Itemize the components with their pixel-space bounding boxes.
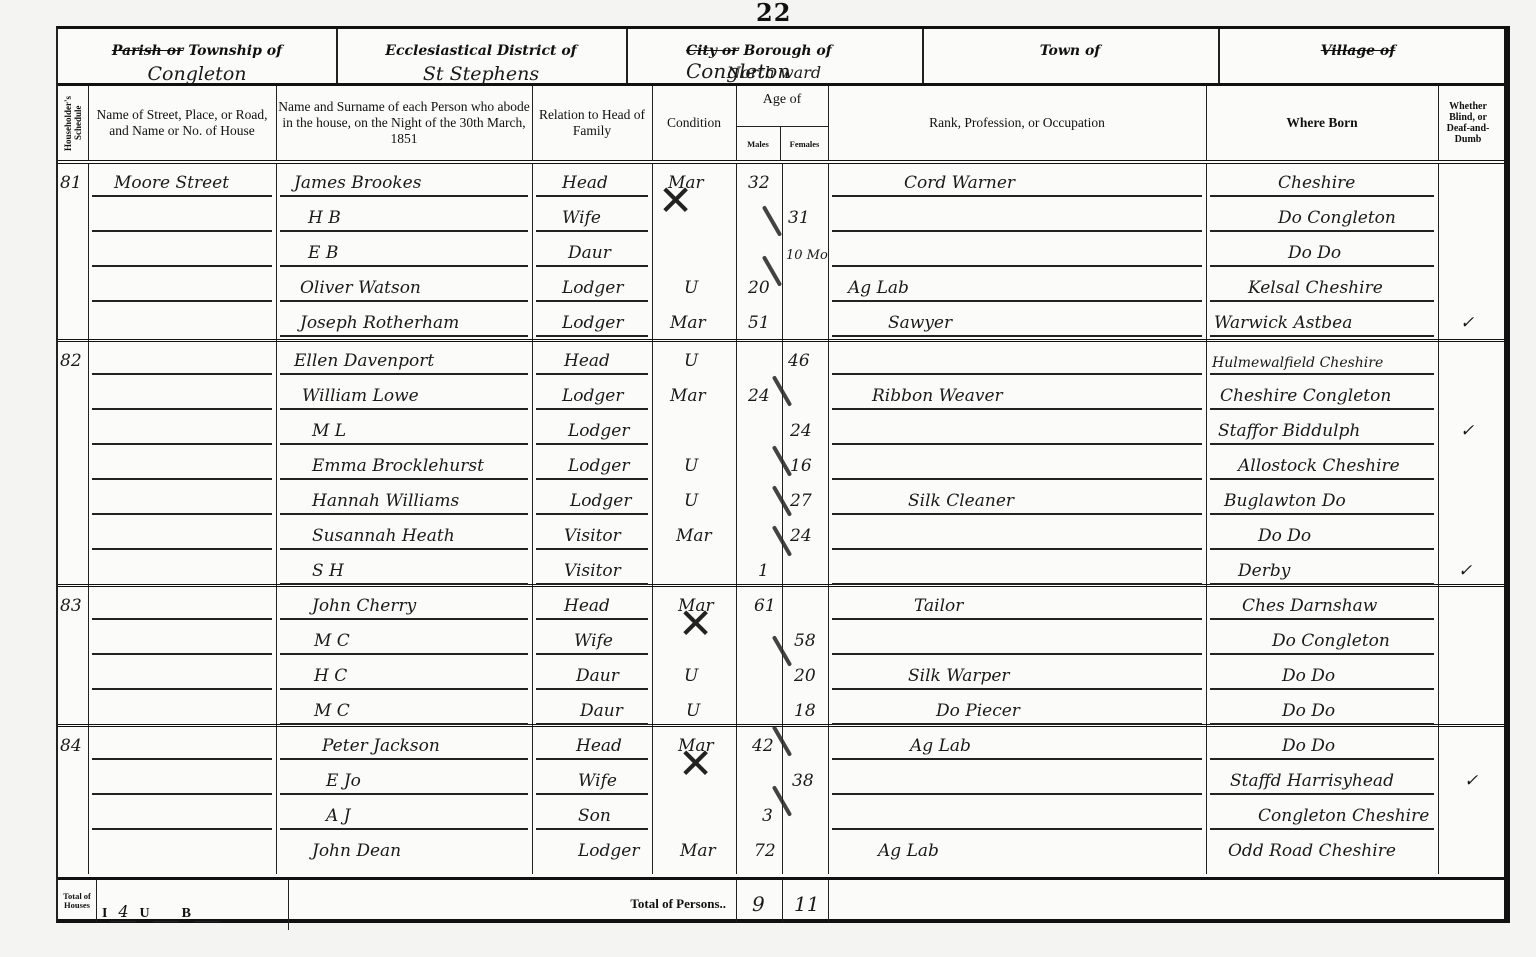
female-age: 20 — [794, 666, 816, 686]
inhabited-value: 4 — [110, 902, 136, 922]
parish-cell: Parish or Township of Congleton — [58, 29, 338, 83]
person-name: S H — [312, 561, 344, 581]
relation: Head — [564, 596, 610, 616]
person-name: James Brookes — [294, 173, 421, 193]
schedule-number: 83 — [60, 596, 82, 616]
ecclesiastical-cell: Ecclesiastical District of St Stephens — [336, 29, 628, 83]
person-name: E Jo — [326, 771, 361, 791]
female-age: 24 — [790, 526, 812, 546]
relation: Lodger — [568, 421, 629, 441]
table-row: Joseph Rotherham Lodger Mar 51 Sawyer Wa… — [58, 304, 1504, 339]
where-born: Odd Road Cheshire — [1228, 841, 1396, 861]
uninhabited-label: U — [139, 906, 149, 922]
total-males: 9 — [752, 892, 765, 916]
occupation: Ag Lab — [848, 278, 909, 298]
person-name: M C — [314, 631, 350, 651]
header-age-group: Age of Males Females — [736, 86, 829, 160]
ecclesiastical-label: Ecclesiastical District of — [336, 43, 626, 59]
houses-counts: I 4 U B — [96, 880, 289, 930]
female-age: 18 — [794, 701, 816, 721]
total-females: 11 — [794, 892, 819, 916]
table-row: M C Daur U 18 Do Piecer Do Do — [58, 692, 1504, 727]
village-label: Village of — [1218, 43, 1498, 59]
building-value — [194, 921, 220, 922]
where-born: Do Do — [1282, 701, 1335, 721]
header-blind-deaf: Whether Blind, or Deaf-and-Dumb — [1438, 86, 1498, 160]
borough-label: Borough of — [744, 43, 832, 59]
village-cell: Village of — [1218, 29, 1498, 83]
condition: Mar — [670, 386, 706, 406]
relation: Head — [576, 736, 622, 756]
total-females-cell: 11 — [782, 880, 829, 922]
table-row: 81 Moore Street James Brookes Head Mar 3… — [58, 164, 1504, 199]
borough-subvalue: North ward — [626, 63, 922, 82]
male-age: 24 — [748, 386, 770, 406]
table-row: 83 John Cherry Head Mar 61 Tailor Ches D… — [58, 587, 1504, 622]
occupation: Ribbon Weaver — [872, 386, 1003, 406]
relation: Wife — [574, 631, 613, 651]
blind-deaf-mark: ✓ — [1464, 771, 1478, 791]
parish-label-struck: Parish or — [112, 43, 184, 59]
relation: Son — [578, 806, 611, 826]
total-males-cell: 9 — [736, 880, 783, 922]
where-born: Do Congleton — [1272, 631, 1390, 651]
male-age: 20 — [748, 278, 770, 298]
condition: Mar — [670, 313, 706, 333]
person-name: John Cherry — [312, 596, 416, 616]
where-born: Staffd Harrisyhead — [1230, 771, 1394, 791]
condition: U — [684, 351, 698, 371]
table-row: John Dean Lodger Mar 72 Ag Lab Odd Road … — [58, 832, 1504, 867]
condition: U — [686, 701, 700, 721]
male-age: 51 — [748, 313, 770, 333]
relation: Visitor — [564, 561, 621, 581]
table-row: E B Daur 10 Mo Do Do — [58, 234, 1504, 269]
relation: Head — [564, 351, 610, 371]
relation: Lodger — [568, 456, 629, 476]
where-born: Cheshire — [1278, 173, 1355, 193]
male-age: 3 — [762, 806, 773, 826]
female-age: 10 Mo — [786, 248, 828, 263]
condition: Mar — [680, 841, 716, 861]
totals-footer: Total of Houses I 4 U B Total of Persons… — [58, 877, 1504, 922]
person-name: M C — [314, 701, 350, 721]
person-name: Susannah Heath — [312, 526, 455, 546]
condition: U — [684, 278, 698, 298]
header-occupation: Rank, Profession, or Occupation — [828, 86, 1207, 160]
relation: Wife — [578, 771, 617, 791]
parish-value: Congleton — [58, 63, 336, 85]
ecclesiastical-value: St Stephens — [336, 63, 626, 85]
street-name: Moore Street — [114, 173, 229, 193]
person-name: Joseph Rotherham — [300, 313, 459, 333]
occupation: Ag Lab — [910, 736, 971, 756]
relation: Lodger — [578, 841, 639, 861]
inhabited-label: I — [102, 906, 107, 922]
where-born: Allostock Cheshire — [1238, 456, 1400, 476]
person-name: E B — [308, 243, 338, 263]
where-born: Do Do — [1288, 243, 1341, 263]
female-age: 16 — [790, 456, 812, 476]
condition: U — [684, 491, 698, 511]
occupation: Do Piecer — [936, 701, 1020, 721]
district-header: Parish or Township of Congleton Ecclesia… — [58, 29, 1504, 86]
where-born: Ches Darnshaw — [1242, 596, 1377, 616]
person-name: Peter Jackson — [322, 736, 440, 756]
table-row: S H Visitor 1 Derby ✓ — [58, 552, 1504, 587]
where-born: Cheshire Congleton — [1220, 386, 1391, 406]
person-name: M L — [312, 421, 346, 441]
schedule-number: 82 — [60, 351, 82, 371]
relation: Lodger — [562, 313, 623, 333]
relation: Lodger — [570, 491, 631, 511]
where-born: Do Congleton — [1278, 208, 1396, 228]
condition: U — [684, 666, 698, 686]
header-relation: Relation to Head of Family — [532, 86, 653, 160]
female-age: 27 — [790, 491, 812, 511]
person-name: H C — [314, 666, 347, 686]
occupation: Sawyer — [888, 313, 952, 333]
relation: Daur — [576, 666, 619, 686]
person-name: Ellen Davenport — [294, 351, 434, 371]
table-row: 82 Ellen Davenport Head U 46 Hulmewalfie… — [58, 342, 1504, 377]
where-born: Buglawton Do — [1224, 491, 1346, 511]
total-persons-label: Total of Persons.. — [630, 896, 726, 912]
occupation: Silk Cleaner — [908, 491, 1014, 511]
table-row: H C Daur U 20 Silk Warper Do Do — [58, 657, 1504, 692]
male-age: 72 — [754, 841, 776, 861]
town-cell: Town of — [922, 29, 1220, 83]
person-name: John Dean — [312, 841, 401, 861]
header-street: Name of Street, Place, or Road, and Name… — [88, 86, 277, 160]
header-females: Females — [781, 126, 828, 161]
person-name: William Lowe — [302, 386, 419, 406]
person-name: Emma Brocklehurst — [312, 456, 484, 476]
parish-label: Township of — [188, 43, 282, 59]
condition: U — [684, 456, 698, 476]
schedule-number: 84 — [60, 736, 82, 756]
blind-deaf-mark: ✓ — [1460, 313, 1474, 333]
census-rows: 81 Moore Street James Brookes Head Mar 3… — [58, 164, 1504, 874]
page-number: 22 — [756, 0, 791, 27]
building-label: B — [182, 906, 191, 922]
cross-mark: ✕ — [678, 599, 713, 648]
blind-deaf-mark: ✓ — [1460, 421, 1474, 441]
occupation: Cord Warner — [904, 173, 1015, 193]
occupation: Silk Warper — [908, 666, 1010, 686]
where-born: Congleton Cheshire — [1258, 806, 1429, 826]
relation: Head — [562, 173, 608, 193]
borough-label-struck: City or — [686, 43, 739, 59]
cross-mark: ✕ — [658, 176, 693, 225]
table-row: E Jo Wife 38 Staffd Harrisyhead ✓ — [58, 762, 1504, 797]
female-age: 24 — [790, 421, 812, 441]
male-age: 32 — [748, 173, 770, 193]
relation: Daur — [568, 243, 611, 263]
occupation: Ag Lab — [878, 841, 939, 861]
relation: Lodger — [562, 278, 623, 298]
male-age: 42 — [752, 736, 774, 756]
relation: Lodger — [562, 386, 623, 406]
blind-deaf-mark: ✓ — [1458, 561, 1472, 581]
male-age: 1 — [758, 561, 769, 581]
male-age: 61 — [754, 596, 776, 616]
borough-cell: City or Borough of Congleton North ward — [626, 29, 924, 83]
total-persons-cell: Total of Persons.. — [276, 880, 737, 922]
where-born: Derby — [1238, 561, 1290, 581]
female-age: 58 — [794, 631, 816, 651]
header-where-born: Where Born — [1206, 86, 1439, 160]
female-age: 38 — [792, 771, 814, 791]
female-age: 46 — [788, 351, 810, 371]
header-condition: Condition — [652, 86, 737, 160]
where-born: Staffor Biddulph — [1218, 421, 1360, 441]
person-name: Hannah Williams — [312, 491, 459, 511]
where-born: Do Do — [1258, 526, 1311, 546]
census-sheet: Parish or Township of Congleton Ecclesia… — [56, 26, 1510, 923]
table-row: M L Lodger 24 Staffor Biddulph ✓ — [58, 412, 1504, 447]
table-row: H B Wife 31 Do Congleton — [58, 199, 1504, 234]
town-label: Town of — [922, 43, 1218, 59]
cross-mark: ✕ — [678, 739, 713, 788]
schedule-number: 81 — [60, 173, 82, 193]
female-age: 31 — [788, 208, 810, 228]
person-name: A J — [326, 806, 351, 826]
where-born: Do Do — [1282, 736, 1335, 756]
header-age: Age of — [736, 92, 828, 108]
total-houses-label: Total of Houses — [58, 880, 97, 922]
relation: Wife — [562, 208, 601, 228]
header-name: Name and Surname of each Person who abod… — [276, 86, 533, 160]
condition: Mar — [676, 526, 712, 546]
where-born: Hulmewalfield Cheshire — [1212, 355, 1383, 371]
header-males: Males — [736, 126, 781, 161]
relation: Visitor — [564, 526, 621, 546]
where-born: Warwick Astbea — [1214, 313, 1352, 333]
column-header: Householder's Schedule Name of Street, P… — [58, 86, 1504, 164]
table-row: Oliver Watson Lodger U 20 Ag Lab Kelsal … — [58, 269, 1504, 304]
person-name: H B — [308, 208, 341, 228]
header-schedule: Householder's Schedule — [58, 86, 89, 160]
person-name: Oliver Watson — [300, 278, 421, 298]
where-born: Do Do — [1282, 666, 1335, 686]
uninhabited-value — [153, 921, 179, 922]
where-born: Kelsal Cheshire — [1248, 278, 1383, 298]
occupation: Tailor — [914, 596, 963, 616]
relation: Daur — [580, 701, 623, 721]
